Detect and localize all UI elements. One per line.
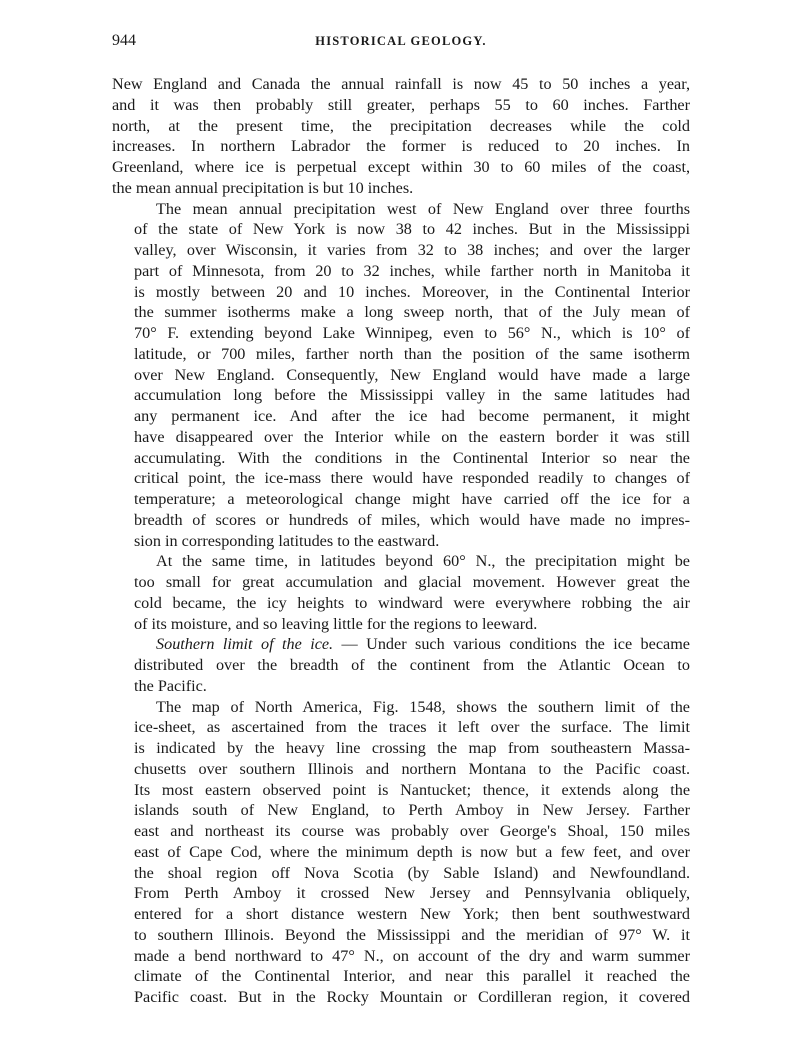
- text-line: have disappeared over the Interior while…: [112, 427, 690, 448]
- book-page: 944 HISTORICAL GEOLOGY. New England and …: [112, 28, 690, 1008]
- text-line: made a bend northward to 47° N., on acco…: [112, 946, 690, 967]
- text-line: entered for a short distance western New…: [112, 904, 690, 925]
- text-line: part of Minnesota, from 20 to 32 inches,…: [112, 261, 690, 282]
- section-heading-inline: Southern limit of the ice.: [156, 635, 333, 653]
- text-line: is indicated by the heavy line crossing …: [112, 738, 690, 759]
- text-line: chusetts over southern Illinois and nort…: [112, 759, 690, 780]
- text-line: latitude, or 700 miles, farther north th…: [112, 344, 690, 365]
- text-line: of its moisture, and so leaving little f…: [112, 614, 690, 635]
- text-line: From Perth Amboy it crossed New Jersey a…: [112, 883, 690, 904]
- text-line: islands south of New England, to Perth A…: [112, 800, 690, 821]
- text-line: north, at the present time, the precipit…: [112, 116, 690, 137]
- text-line: of the state of New York is now 38 to 42…: [112, 219, 690, 240]
- body-text: New England and Canada the annual rainfa…: [112, 74, 690, 1008]
- text-line: Its most eastern observed point is Nantu…: [112, 780, 690, 801]
- paragraph-southern-limit: Southern limit of the ice. — Under such …: [112, 634, 690, 696]
- text-line: the Pacific.: [112, 676, 690, 697]
- text-line: increases. In northern Labrador the form…: [112, 136, 690, 157]
- text-line: accumulating. With the conditions in the…: [112, 448, 690, 469]
- text-line: At the same time, in latitudes beyond 60…: [112, 551, 690, 572]
- text-line: ice-sheet, as ascertained from the trace…: [112, 717, 690, 738]
- running-head: 944 HISTORICAL GEOLOGY.: [112, 28, 690, 54]
- text-line: to southern Illinois. Beyond the Mississ…: [112, 925, 690, 946]
- text-line: temperature; a meteorological change mig…: [112, 489, 690, 510]
- text-line: over New England. Consequently, New Engl…: [112, 365, 690, 386]
- text-line: breadth of scores or hundreds of miles, …: [112, 510, 690, 531]
- running-title: HISTORICAL GEOLOGY.: [112, 34, 690, 49]
- text-line: accumulation long before the Mississippi…: [112, 385, 690, 406]
- text-line: Southern limit of the ice. — Under such …: [112, 634, 690, 655]
- text-line: too small for great accumulation and gla…: [112, 572, 690, 593]
- text-line: east of Cape Cod, where the minimum dept…: [112, 842, 690, 863]
- text-line: 70° F. extending beyond Lake Winnipeg, e…: [112, 323, 690, 344]
- text-line: the shoal region off Nova Scotia (by Sab…: [112, 863, 690, 884]
- text-run: — Under such various conditions the ice …: [333, 635, 690, 653]
- text-line: any permanent ice. And after the ice had…: [112, 406, 690, 427]
- text-line: New England and Canada the annual rainfa…: [112, 74, 690, 95]
- paragraph-rainfall-continuation: New England and Canada the annual rainfa…: [112, 74, 690, 199]
- paragraph-map-fig-1548: The map of North America, Fig. 1548, sho…: [112, 697, 690, 1008]
- paragraph-latitudes-beyond-60: At the same time, in latitudes beyond 60…: [112, 551, 690, 634]
- text-line: Greenland, where ice is perpetual except…: [112, 157, 690, 178]
- text-line: valley, over Wisconsin, it varies from 3…: [112, 240, 690, 261]
- text-line: is mostly between 20 and 10 inches. More…: [112, 282, 690, 303]
- text-line: climate of the Continental Interior, and…: [112, 966, 690, 987]
- text-line: Pacific coast. But in the Rocky Mountain…: [112, 987, 690, 1008]
- text-line: critical point, the ice-mass there would…: [112, 468, 690, 489]
- text-line: east and northeast its course was probab…: [112, 821, 690, 842]
- text-line: The mean annual precipitation west of Ne…: [112, 199, 690, 220]
- paragraph-mean-precipitation: The mean annual precipitation west of Ne…: [112, 199, 690, 552]
- text-line: and it was then probably still greater, …: [112, 95, 690, 116]
- text-line: cold became, the icy heights to windward…: [112, 593, 690, 614]
- text-line: sion in corresponding latitudes to the e…: [112, 531, 690, 552]
- text-line: The map of North America, Fig. 1548, sho…: [112, 697, 690, 718]
- text-line: distributed over the breadth of the cont…: [112, 655, 690, 676]
- text-line: the mean annual precipitation is but 10 …: [112, 178, 690, 199]
- text-line: the summer isotherms make a long sweep n…: [112, 302, 690, 323]
